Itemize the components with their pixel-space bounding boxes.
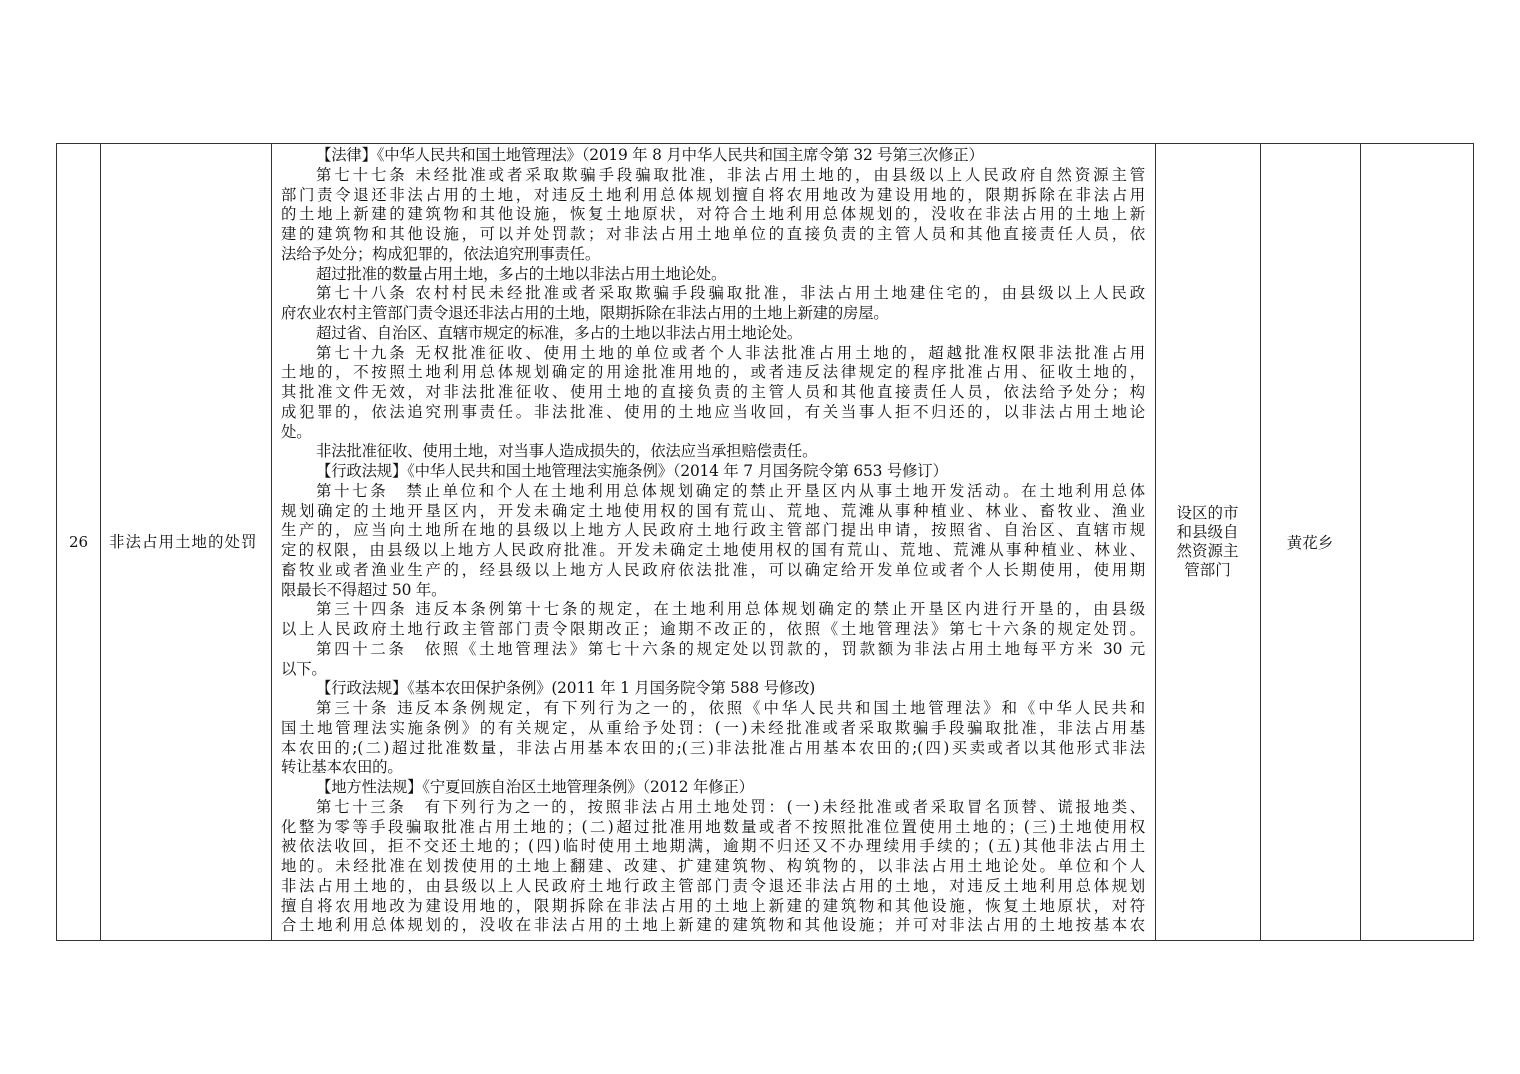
- legal-text-line: 限最长不得超过 50 年。: [281, 581, 1145, 601]
- legal-text-line: 国土地管理法实施条例》的有关规定，从重给予处罚：(一)未经批准或者采取欺骗手段骗…: [281, 719, 1145, 739]
- legal-text-line: 定的权限，由县级以上地方人民政府批准。开发未确定土地使用权的国有荒山、荒地、荒滩…: [281, 541, 1145, 561]
- legal-text-line: 第四十二条 依照《土地管理法》第七十六条的规定处以罚款的，罚款额为非法占用土地每…: [281, 640, 1145, 660]
- legal-text-line: 第十七条 禁止单位和个人在土地利用总体规划确定的禁止开垦区内从事土地开发活动。在…: [281, 482, 1145, 502]
- legal-text-line: 【行政法规】《基本农田保护条例》(2011 年 1 月国务院令第 588 号修改…: [281, 679, 1145, 699]
- legal-text-line: 合土地利用总体规划的，没收在非法占用的土地上新建的建筑物和其他设施；并可对非法占…: [281, 916, 1145, 936]
- legal-text-line: 建的建筑物和其他设施，可以并处罚款；对非法占用土地单位的直接负责的主管人员和其他…: [281, 225, 1145, 245]
- legal-text-line: 畜牧业或者渔业生产的，经县级以上地方人民政府依法批准，可以确定给开发单位或者个人…: [281, 561, 1145, 581]
- legal-text-line: 第七十三条 有下列行为之一的，按照非法占用土地处罚：(一)未经批准或者采取冒名顶…: [281, 798, 1145, 818]
- legal-basis: 【法律】《中华人民共和国土地管理法》（2019 年 8 月中华人民共和国主席令第…: [271, 144, 1155, 940]
- legal-text-line: 第七十八条 农村村民未经批准或者采取欺骗手段骗取批准，非法占用土地建住宅的，由县…: [281, 284, 1145, 304]
- legal-text-line: 规划确定的土地开垦区内，开发未确定土地使用权的国有荒山、荒地、荒滩从事种植业、林…: [281, 502, 1145, 522]
- legal-text-line: 超过省、自治区、直辖市规定的标准，多占的土地以非法占用土地论处。: [281, 324, 1145, 344]
- legal-text-line: 第七十九条 无权批准征收、使用土地的单位或者个人非法批准占用土地的，超越批准权限…: [281, 344, 1145, 364]
- legal-text-line: 非法批准征收、使用土地，对当事人造成损失的，依法应当承担赔偿责任。: [281, 442, 1145, 462]
- legal-basis-text: 【法律】《中华人民共和国土地管理法》（2019 年 8 月中华人民共和国主席令第…: [281, 146, 1145, 936]
- legal-text-line: 【地方性法规】《宁夏回族自治区土地管理条例》（2012 年修正）: [281, 778, 1145, 798]
- legal-text-line: 擅自将农用地改为建设用地的，限期拆除在非法占用的土地上新建的建筑物和其他设施，恢…: [281, 897, 1145, 917]
- legal-text-line: 法给予处分；构成犯罪的，依法追究刑事责任。: [281, 245, 1145, 265]
- legal-text-line: 【法律】《中华人民共和国土地管理法》（2019 年 8 月中华人民共和国主席令第…: [281, 146, 1145, 166]
- row-number: 26: [57, 144, 100, 940]
- responsible-department: 设区的市和县级自然资源主管部门: [1155, 144, 1260, 940]
- legal-text-line: 府农业农村主管部门责令退还非法占用的土地，限期拆除在非法占用的土地上新建的房屋。: [281, 304, 1145, 324]
- legal-text-line: 的土地上新建的建筑物和其他设施，恢复土地原状，对符合土地利用总体规划的，没收在非…: [281, 205, 1145, 225]
- legal-text-line: 非法占用土地的，由县级以上人民政府土地行政主管部门责令退还非法占用的土地，对违反…: [281, 877, 1145, 897]
- legal-text-line: 第七十七条 未经批准或者采取欺骗手段骗取批准，非法占用土地的，由县级以上人民政府…: [281, 166, 1145, 186]
- legal-text-line: 第三十四条 违反本条例第十七条的规定，在土地利用总体规划确定的禁止开垦区内进行开…: [281, 600, 1145, 620]
- legal-text-line: 【行政法规】《中华人民共和国土地管理法实施条例》（2014 年 7 月国务院令第…: [281, 462, 1145, 482]
- legal-text-line: 处。: [281, 423, 1145, 443]
- legal-text-line: 超过批准的数量占用土地，多占的土地以非法占用土地论处。: [281, 265, 1145, 285]
- legal-text-line: 化整为零等手段骗取批准占用土地的；(二)超过批准用地数量或者不按照批准位置使用土…: [281, 818, 1145, 838]
- legal-text-line: 以上人民政府土地行政主管部门责令限期改正；逾期不改正的，依照《土地管理法》第七十…: [281, 620, 1145, 640]
- legal-text-line: 成犯罪的，依法追究刑事责任。非法批准、使用的土地应当收回，有关当事人拒不归还的，…: [281, 403, 1145, 423]
- legal-text-line: 被依法收回，拒不交还土地的；(四)临时使用土地期满，逾期不归还又不办理续用手续的…: [281, 837, 1145, 857]
- legal-text-line: 以下。: [281, 660, 1145, 680]
- legal-text-line: 本农田的;(二)超过批准数量，非法占用基本农田的;(三)非法批准占用基本农田的;…: [281, 739, 1145, 759]
- legal-text-line: 生产的，应当向土地所在地的县级以上地方人民政府土地行政主管部门提出申请，按照省、…: [281, 521, 1145, 541]
- remark-cell: [1360, 144, 1475, 940]
- legal-text-line: 土地的，不按照土地利用总体规划确定的用途批准用地的，或者违反法律规定的程序批准占…: [281, 363, 1145, 383]
- legal-text-line: 其批准文件无效，对非法批准征收、使用土地的直接负责的主管人员和其他直接责任人员，…: [281, 383, 1145, 403]
- penalty-table: 26 非法占用土地的处罚 【法律】《中华人民共和国土地管理法》（2019 年 8…: [56, 143, 1474, 941]
- legal-text-line: 转让基本农田的。: [281, 758, 1145, 778]
- township: 黄花乡: [1260, 144, 1360, 940]
- legal-text-line: 地的。未经批准在划拨使用的土地上翻建、改建、扩建建筑物、构筑物的，以非法占用土地…: [281, 857, 1145, 877]
- legal-text-line: 部门责令退还非法占用的土地，对违反土地利用总体规划擅自将农用地改为建设用地的，限…: [281, 186, 1145, 206]
- item-name: 非法占用土地的处罚: [100, 144, 271, 940]
- legal-text-line: 第三十条 违反本条例规定，有下列行为之一的，依照《中华人民共和国土地管理法》和《…: [281, 699, 1145, 719]
